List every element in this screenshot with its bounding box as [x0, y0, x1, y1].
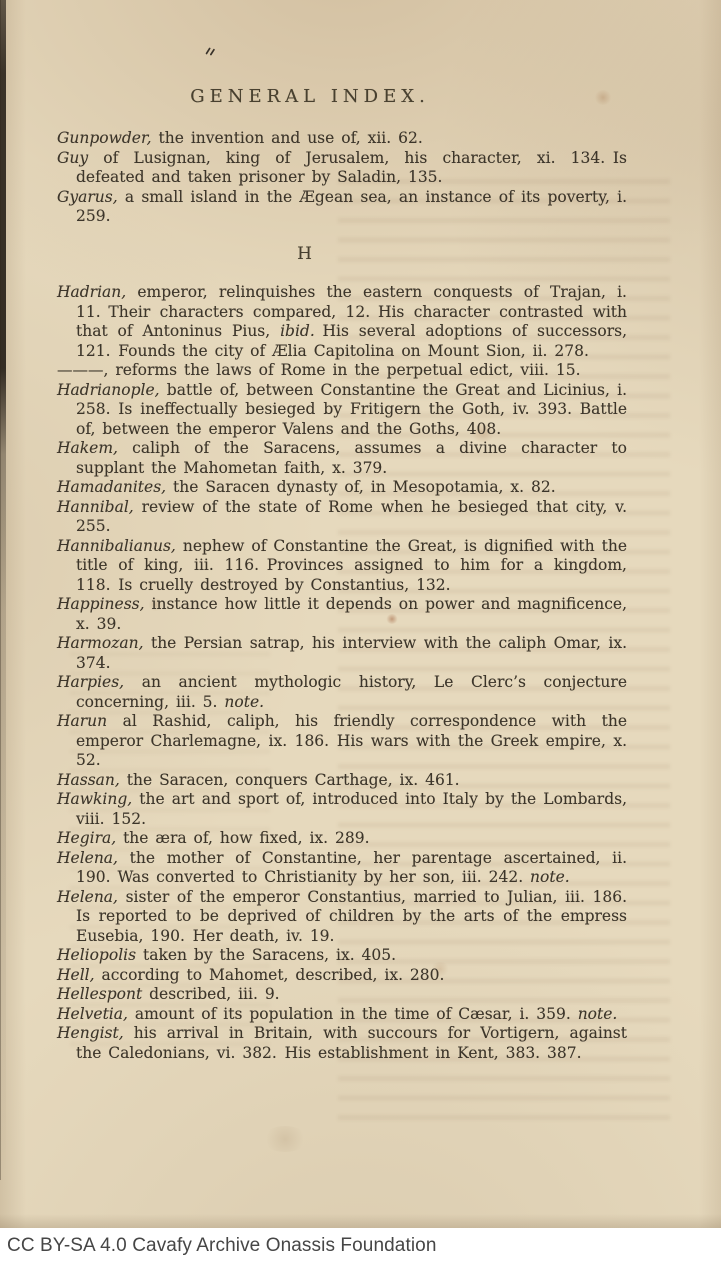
index-entry: Harun al Rashid, caliph, his friendly co…: [57, 712, 627, 771]
book-page: GENERAL INDEX. Gunpowder, the invention …: [0, 0, 721, 1228]
ink-smudge-mark: [204, 40, 218, 60]
stain-artifact: [262, 1126, 308, 1152]
section-heading-h: H: [20, 244, 590, 264]
page-title: GENERAL INDEX.: [22, 86, 598, 107]
index-entry: Helena, the mother of Constantine, her p…: [57, 849, 627, 888]
index-entry: Hamadanites, the Saracen dynasty of, in …: [57, 478, 627, 498]
index-entry: Hadrianople, battle of, between Constant…: [57, 381, 627, 440]
license-caption-text: CC BY-SA 4.0 Cavafy Archive Onassis Foun…: [0, 1235, 437, 1257]
index-entry: Happiness, instance how little it depend…: [57, 595, 627, 634]
index-entry: ———, reforms the laws of Rome in the per…: [57, 361, 627, 381]
index-entry: Helvetia, amount of its population in th…: [57, 1005, 627, 1025]
page-bottom-shadow: [0, 1214, 721, 1228]
index-entry: Hellespont described, iii. 9.: [57, 985, 627, 1005]
index-entry: Hell, according to Mahomet, described, i…: [57, 966, 627, 986]
index-entry: Hassan, the Saracen, conquers Carthage, …: [57, 771, 627, 791]
index-entry: Hawking, the art and sport of, introduce…: [57, 790, 627, 829]
index-entry: Heliopolis taken by the Saracens, ix. 40…: [57, 946, 627, 966]
index-entry: Helena, sister of the emperor Constantiu…: [57, 888, 627, 947]
index-entry: Harmozan, the Persian satrap, his interv…: [57, 634, 627, 673]
index-entry: Hannibal, review of the state of Rome wh…: [57, 498, 627, 537]
index-entry: Hakem, caliph of the Saracens, assumes a…: [57, 439, 627, 478]
index-entry: Hannibalianus, nephew of Constantine the…: [57, 537, 627, 596]
index-entry: Harpies, an ancient mythologic history, …: [57, 673, 627, 712]
index-entry: Hadrian, emperor, relinquishes the easte…: [57, 283, 627, 361]
index-entries-g: Gunpowder, the invention and use of, xii…: [57, 129, 627, 227]
index-entry: Hegira, the æra of, how fixed, ix. 289.: [57, 829, 627, 849]
scanned-book-page-view: GENERAL INDEX. Gunpowder, the invention …: [0, 0, 721, 1263]
index-entry: Gunpowder, the invention and use of, xii…: [57, 129, 627, 149]
index-entry: Gyarus, a small island in the Ægean sea,…: [57, 188, 627, 227]
scan-edge-line-artifact: [0, 0, 1, 1180]
index-entry: Hengist, his arrival in Britain, with su…: [57, 1024, 627, 1063]
license-caption-bar: CC BY-SA 4.0 Cavafy Archive Onassis Foun…: [0, 1228, 721, 1263]
index-entries-h: Hadrian, emperor, relinquishes the easte…: [57, 283, 627, 1063]
index-entry: Guy of Lusignan, king of Jerusalem, his …: [57, 149, 627, 188]
